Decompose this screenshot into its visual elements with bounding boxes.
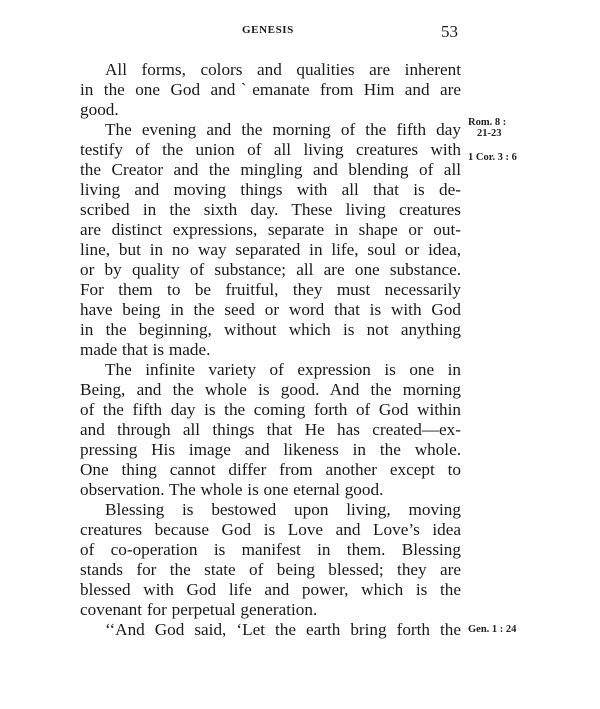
paragraph-3: The infinite variety of expression is on… xyxy=(80,360,461,500)
text-line: the Creator and the mingling and blendin… xyxy=(80,160,461,180)
text-line: For them to be fruitful, they must neces… xyxy=(80,280,461,300)
text-line: living and moving things with all that i… xyxy=(80,180,461,200)
page-number: 53 xyxy=(441,22,458,42)
text-line: in the beginning, without which is not a… xyxy=(80,320,461,340)
text-line: of co-operation is manifest in them. Ble… xyxy=(80,540,461,560)
text-line: made that is made. xyxy=(80,340,461,360)
text-line: good. xyxy=(80,100,461,120)
text-line: are distinct expressions, separate in sh… xyxy=(80,220,461,240)
margin-note-cor: 1 Cor. 3 : 6 xyxy=(468,152,517,163)
text-line: The evening and the morning of the fifth… xyxy=(80,120,461,140)
text-line: scribed in the sixth day. These living c… xyxy=(80,200,461,220)
margin-note-line: Rom. 8 : xyxy=(468,117,506,128)
text-line: testify of the union of all living creat… xyxy=(80,140,461,160)
text-line: stands for the state of being blessed; t… xyxy=(80,560,461,580)
text-line: and through all things that He has creat… xyxy=(80,420,461,440)
running-head: GENESIS 53 xyxy=(80,22,460,40)
text-line: Being, and the whole is good. And the mo… xyxy=(80,380,461,400)
text-line: have being in the seed or word that is w… xyxy=(80,300,461,320)
text-line: One thing cannot differ from another exc… xyxy=(80,460,461,480)
margin-note-line: Gen. 1 : 24 xyxy=(468,624,516,635)
text-line: observation. The whole is one eternal go… xyxy=(80,480,461,500)
text-line: or by quality of substance; all are one … xyxy=(80,260,461,280)
text-line: All forms, colors and qualities are inhe… xyxy=(80,60,461,80)
margin-note-gen: Gen. 1 : 24 xyxy=(468,624,516,635)
text-line: Blessing is bestowed upon living, moving xyxy=(80,500,461,520)
body-text: All forms, colors and qualities are inhe… xyxy=(80,60,461,640)
text-line: ‘‘And God said, ‘Let the earth bring for… xyxy=(80,620,461,640)
text-line: of the fifth day is the coming forth of … xyxy=(80,400,461,420)
paragraph-4: Blessing is bestowed upon living, moving… xyxy=(80,500,461,620)
text-line: The infinite variety of expression is on… xyxy=(80,360,461,380)
paragraph-1: All forms, colors and qualities are inhe… xyxy=(80,60,461,120)
text-line: line, but in no way separated in life, s… xyxy=(80,240,461,260)
margin-note-rom: Rom. 8 : 21-23 xyxy=(468,117,506,139)
running-head-title: GENESIS xyxy=(242,24,294,36)
text-line: creatures because God is Love and Love’s… xyxy=(80,520,461,540)
text-line: in the one God andˋemanate from Him and … xyxy=(80,80,461,100)
text-line: covenant for perpetual generation. xyxy=(80,600,461,620)
paragraph-5: ‘‘And God said, ‘Let the earth bring for… xyxy=(80,620,461,640)
text-line: pressing His image and likeness in the w… xyxy=(80,440,461,460)
text-line: blessed with God life and power, which i… xyxy=(80,580,461,600)
paragraph-2: The evening and the morning of the fifth… xyxy=(80,120,461,360)
margin-note-line: 1 Cor. 3 : 6 xyxy=(468,152,517,163)
margin-note-line: 21-23 xyxy=(468,128,506,139)
